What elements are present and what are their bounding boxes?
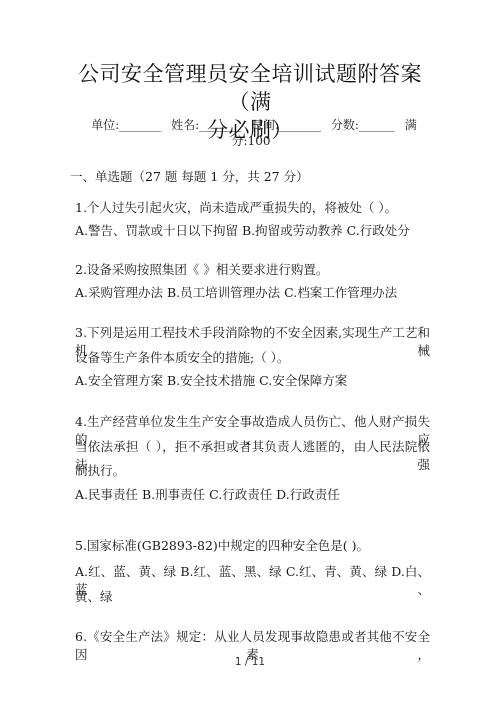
question-2-options: A.采购管理办法 B.员工培训管理办法 C.档案工作管理办法 — [75, 284, 430, 302]
title-line-1: 公司安全管理员安全培训试题附答案（满 — [75, 60, 425, 116]
field-unit: 单位:_______ — [91, 118, 161, 132]
question-4-options: A.民事责任 B.刑事责任 C.行政责任 D.行政责任 — [75, 486, 430, 504]
question-2-text: 2.设备采购按照集团《 》相关要求进行购置。 — [75, 261, 430, 279]
question-1-text: 1.个人过失引起火灾，尚未造成严重损失的，将被处（ ）。 — [75, 199, 430, 217]
blank-line: ______ — [359, 118, 395, 132]
question-3-text-line-2: 设备等生产条件本质安全的措施;（ ）。 — [75, 349, 430, 367]
blank-line: _______ — [279, 118, 321, 132]
question-3-options: A.安全管理方案 B.安全技术措施 C.安全保障方案 — [75, 372, 430, 390]
blank-line: _______ — [199, 118, 241, 132]
field-time: 时间:_______ — [251, 118, 321, 132]
field-name: 姓名:_______ — [171, 118, 241, 132]
document-page: 公司安全管理员安全培训试题附答案（满 分必刷） 单位:_______ 姓名:__… — [0, 0, 500, 707]
section-header: 一、单选题（27 题 每题 1 分，共 27 分） — [70, 168, 309, 186]
question-1-options: A.警告、罚款或十日以下拘留 B.拘留或劳动教养 C.行政处分 — [75, 222, 430, 240]
exam-info-row: 单位:_______ 姓名:_______ 时间:_______ 分数:____… — [75, 117, 430, 149]
field-score: 分数:______ — [331, 118, 395, 132]
question-4-text-line-3: 制执行。 — [75, 462, 430, 480]
question-5-text: 5.国家标准(GB2893-82)中规定的四种安全色是( )。 — [75, 537, 430, 555]
page-indicator: 1 / 11 — [0, 656, 500, 668]
question-5-options-line-2: 黄、绿 — [75, 588, 430, 606]
blank-line: _______ — [119, 118, 161, 132]
